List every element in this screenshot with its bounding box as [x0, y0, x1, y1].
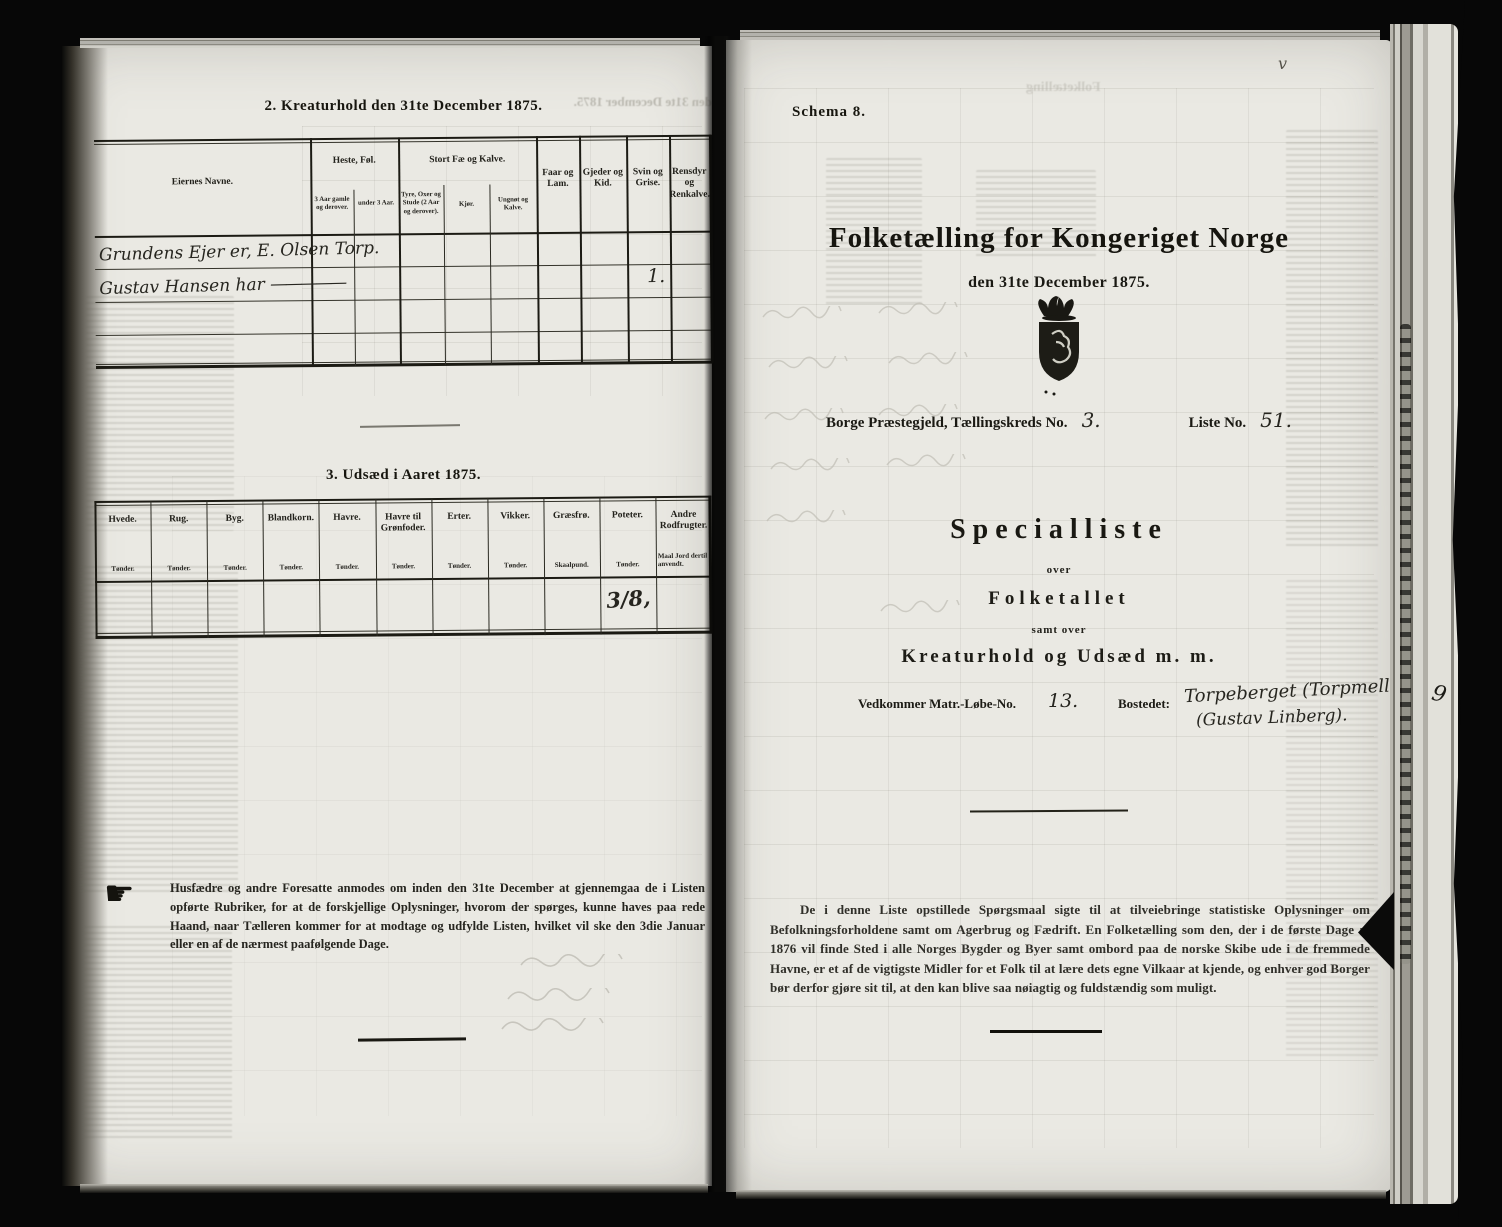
handwritten-pigs-count: 1.	[641, 265, 671, 287]
grid-line	[443, 185, 446, 365]
col-unit: Tønder.	[111, 565, 134, 573]
handwritten-potato-value: 3/8,	[599, 584, 657, 613]
grid-line	[353, 190, 356, 366]
matr-label: Vedkommer Matr.-Løbe-No.	[858, 696, 1016, 712]
heading-samt-over: samt over	[726, 624, 1392, 636]
handwritten-checkmark: v	[1278, 54, 1287, 73]
schema-label: Schema 8.	[792, 104, 866, 121]
ghost-handwriting	[884, 454, 968, 470]
col-unit: Tønder.	[167, 564, 190, 572]
right-page: Folketælling Schema 8. v Folketælling fo…	[726, 40, 1392, 1192]
col-unit: Tønder.	[280, 563, 303, 571]
bosted-label: Bostedet:	[1118, 696, 1170, 712]
kreaturhold-table-title: 2. Kreaturhold den 31te December 1875.	[95, 98, 712, 115]
page-edge-stack	[80, 1184, 708, 1193]
ghost-handwriting	[760, 306, 844, 322]
subcol-horses-older: 3 Aar gamle og derover.	[312, 196, 353, 213]
col-header: Andre Rodfrugter.	[657, 510, 709, 533]
kreaturhold-table: Eiernes Navne. Heste, Føl. 3 Aar gamle o…	[94, 135, 713, 368]
handwritten-name: Gustav Hansen har	[99, 275, 265, 299]
subcol-horses-under3: under 3 Aar.	[355, 199, 398, 208]
col-header: Hvede.	[108, 515, 136, 527]
grid-line	[95, 231, 712, 238]
census-purpose-paragraph: De i denne Liste opstillede Spørgsmaal s…	[770, 900, 1370, 998]
col-header: Byg.	[226, 514, 244, 526]
handwritten-liste-no: 51.	[1260, 408, 1292, 432]
col-header: Vikker.	[500, 511, 530, 523]
ghost-handwriting	[517, 954, 627, 970]
col-pigs: Svin og Grise.	[626, 167, 669, 190]
col-unit: Tønder.	[392, 562, 415, 570]
grid-line	[398, 137, 402, 365]
heading-kreaturhold: Kreaturhold og Udsæd m. m.	[726, 646, 1392, 668]
specialliste-heading: Specialliste	[726, 514, 1392, 546]
udsaed-table-title: 3. Udsæd i Aaret 1875.	[95, 467, 712, 484]
liste-label: Liste No.	[1189, 415, 1247, 432]
col-group-cattle: Stort Fæ og Kalve.	[398, 154, 536, 167]
col-header-owners: Eiernes Navne.	[94, 176, 310, 189]
udsaed-table: Hvede.Tønder. Rug.Tønder. Byg.Tønder. Bl…	[94, 496, 712, 639]
handwritten-district-no: 3.	[1082, 408, 1101, 432]
heading-folketallet: Folketallet	[726, 588, 1392, 610]
grid-line	[95, 297, 712, 303]
handwritten-matr-no: 13.	[1048, 690, 1078, 712]
coat-of-arms-icon	[1026, 294, 1092, 398]
census-date-line: den 31te December 1875.	[726, 274, 1392, 292]
col-unit: Tønder.	[616, 560, 639, 568]
subcol-cows: Kjør.	[445, 201, 489, 210]
col-header: Erter.	[447, 512, 471, 524]
col-goats-kids: Gjeder og Kid.	[579, 167, 626, 190]
grid-line	[96, 330, 713, 336]
scanned-census-spread: den 31te December 1875. 2. Kreaturhold d…	[0, 0, 1502, 1227]
col-unit: Tønder.	[224, 564, 247, 572]
handwritten-owner-row-1: Grundens Ejer er, E. Olsen Torp.	[99, 238, 380, 265]
right-page-edges: 9	[1390, 24, 1458, 1204]
col-header: Havre til Grønfoder.	[377, 512, 429, 535]
folio-number: 9	[1429, 681, 1449, 709]
spine-text-marks	[1400, 324, 1411, 964]
heading-over: over	[726, 564, 1392, 576]
district-line: Borge Præstegjeld, Tællingskreds No. 3. …	[726, 408, 1392, 432]
census-title: Folketælling for Kongeriget Norge	[726, 222, 1392, 255]
district-label: Borge Præstegjeld, Tællingskreds No.	[826, 415, 1068, 432]
ghost-handwriting	[876, 302, 960, 318]
col-header: Blandkorn.	[268, 513, 314, 525]
page-edge-stack	[740, 30, 1380, 40]
subcol-bulls-oxen: Tyre, Oxer og Stude (2 Aar og derover).	[399, 191, 442, 217]
handwritten-stroke	[360, 424, 460, 428]
ghost-handwriting	[504, 988, 614, 1004]
handwritten-dash: —————	[270, 273, 345, 295]
ghost-handwriting	[498, 1018, 608, 1034]
col-unit: Skaalpund.	[555, 561, 589, 569]
col-header: Havre.	[333, 513, 361, 525]
handwritten-owner-row-2: Gustav Hansen har —————	[99, 273, 345, 299]
grid-line	[95, 264, 712, 270]
col-unit: Tønder.	[504, 561, 527, 569]
col-unit: Tønder.	[336, 563, 359, 571]
udsaed-header-row: Hvede.Tønder. Rug.Tønder. Byg.Tønder. Bl…	[94, 502, 712, 579]
col-sheep-lambs: Faar og Lam.	[536, 168, 579, 191]
census-notice-paragraph: Husfædre og andre Foresatte anmodes om i…	[170, 879, 705, 954]
col-unit: Maal Jord dertil anvendt.	[658, 552, 710, 568]
bleed-paragraph	[1286, 130, 1378, 550]
col-header: Rug.	[169, 514, 188, 526]
subcol-young-cattle: Ungnøt og Kalve.	[491, 196, 536, 213]
ghost-handwriting	[886, 352, 970, 368]
left-page: den 31te December 1875. 2. Kreaturhold d…	[62, 46, 712, 1186]
page-edge-stack	[736, 1190, 1386, 1199]
bleed-mirrored-title: Folketælling	[1026, 80, 1101, 96]
col-header: Poteter.	[612, 510, 643, 522]
ghost-handwriting	[768, 458, 852, 474]
pointing-hand-icon: ☛	[104, 874, 134, 914]
col-unit: Tønder.	[448, 562, 471, 570]
ghost-handwriting	[766, 356, 850, 372]
col-group-horses: Heste, Føl.	[310, 155, 398, 167]
handwritten-rule	[990, 1030, 1102, 1033]
page-edge-stack	[80, 38, 700, 48]
col-header: Græsfrø.	[553, 511, 590, 523]
